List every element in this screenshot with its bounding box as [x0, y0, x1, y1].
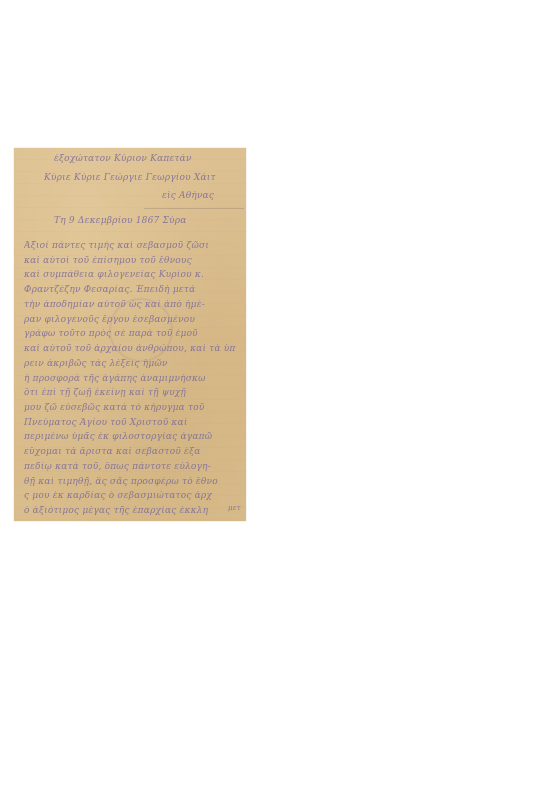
body-line: καὶ αὐτοῦ τοῦ ἀρχαίου ἀνθρώπου, καὶ τὰ ὑ…: [24, 344, 246, 354]
body-line: εὔχομαι τὰ ἄριστα καὶ σεβαστοῦ ἐξα: [24, 447, 246, 457]
header-line-2: Κύριε Κύριε Γεώργιε Γεωργίου Χάιτ: [44, 173, 246, 183]
body-line: τὴν ἀποδημίαν αὐτοῦ ὡς καὶ ἀπὸ ἡμέ-: [24, 300, 246, 310]
continuation-mark: μετ: [228, 504, 246, 512]
body-line: Φραντζέζην Φεσαρίας. Ἐπειδὴ μετά: [24, 285, 246, 295]
header-line-1: ἐξοχώτατον Κύριον Καπετάν: [54, 154, 246, 164]
body-line: καὶ αὐτοὶ τοῦ ἐπίσημου τοῦ ἔθνους: [24, 256, 246, 266]
header-line-3: εἰς Αθήνας: [162, 191, 246, 201]
body-line: γράφω τοῦτο πρὸς σὲ παρὰ τοῦ ἐμοῦ: [24, 329, 246, 339]
body-line: ρειν ἀκριβῶς τὰς λέξεις ἡμῶν: [24, 359, 246, 369]
header-rule: [144, 208, 244, 209]
body-line: ὁ ἀξιότιμος μέγας τῆς ἐπαρχίας ἐκκλη: [24, 506, 246, 516]
body-line: ραν φιλογενοῦς ἔργου ἐσεβασμένου: [24, 315, 246, 325]
body-line: θῇ καὶ τιμηθῇ, ἃς σᾶς προσφέρω τὸ ἔθνο: [24, 477, 246, 487]
date-line: Τη 9 Δεκεμβρίου 1867 Σύρα: [54, 216, 246, 226]
body-line: Πνεύματος Ἁγίου τοῦ Χριστοῦ καὶ: [24, 418, 246, 428]
body-line: πεδίῳ κατὰ τοῦ, ὅπως πάντοτε εὐλογη-: [24, 462, 246, 472]
body-line: ς μου ἐκ καρδίας ὁ σεβασμιώτατος ἀρχ: [24, 491, 246, 501]
letter-scan: ἐξοχώτατον Κύριον Καπετάν Κύριε Κύριε Γε…: [14, 148, 246, 521]
body-line: περιμένω ὑμᾶς ἐκ φιλοστοργίας ἀγαπῶ: [24, 432, 246, 442]
body-line: Ἀξιοί πάντες τιμής καὶ σεβασμοῦ ζῶσι: [24, 241, 246, 251]
body-line: καὶ συμπάθεια φιλογενείας Κυρίου κ.: [24, 270, 246, 280]
body-line: μου ζῶ εὐσεβῶς κατὰ τὸ κήρυγμα τοῦ: [24, 403, 246, 413]
body-line: ἡ προσφορὰ τῆς ἀγάπης ἀναμιμνήσκω: [24, 374, 246, 384]
body-line: ὅτι ἐπὶ τῇ ζωῇ ἐκείνῃ καὶ τῇ ψυχῇ: [24, 388, 246, 398]
